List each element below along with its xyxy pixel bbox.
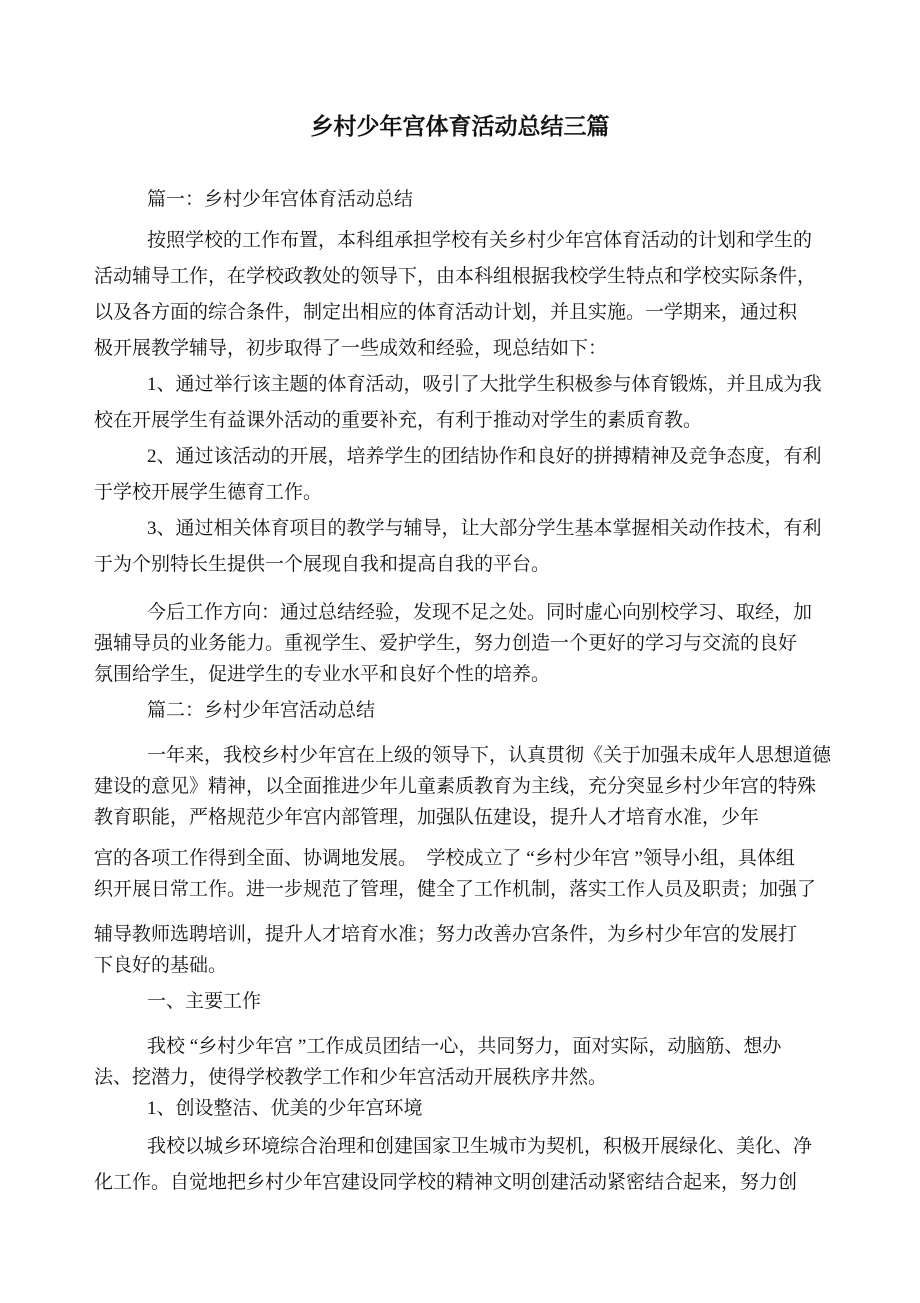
text-line: 我校 “乡村少年宫 ”工作成员团结一心，共同努力，面对实际，动脑筋、想办 (94, 1031, 834, 1062)
text-line: 氛围给学生，促进学生的专业水平和良好个性的培养。 (94, 659, 834, 690)
text-line: 一年来，我校乡村少年宫在上级的领导下，认真贯彻《关于加强未成年人思想道德 (94, 740, 834, 771)
paragraph: 1、通过举行该主题的体育活动，吸引了大批学生积极参与体育锻炼，并且成为我校在开展… (94, 367, 834, 439)
text-line: 3、通过相关体育项目的教学与辅导，让大部分学生基本掌握相关动作技术，有利 (94, 511, 834, 547)
text-line: 教育职能，严格规范少年宫内部管理，加强队伍建设，提升人才培育水准，少年 (94, 802, 834, 833)
document-page: 乡村少年宫体育活动总结三篇 篇一：乡村少年宫体育活动总结按照学校的工作布置，本科… (0, 0, 920, 1303)
document-body: 篇一：乡村少年宫体育活动总结按照学校的工作布置，本科组承担学校有关乡村少年宫体育… (94, 182, 834, 1201)
document-title: 乡村少年宫体育活动总结三篇 (0, 112, 920, 142)
text-line: 今后工作方向：通过总结经验，发现不足之处。同时虚心向别校学习、取经，加 (94, 597, 834, 628)
paragraph: 宫的各项工作得到全面、协调地发展。 学校成立了 “乡村少年宫 ”领导小组，具体组… (94, 843, 834, 905)
paragraph: 2、通过该活动的开展，培养学生的团结协作和良好的拼搏精神及竞争态度，有利于学校开… (94, 439, 834, 511)
paragraph: 我校 “乡村少年宫 ”工作成员团结一心，共同努力，面对实际，动脑筋、想办法、挖潜… (94, 1031, 834, 1093)
text-line: 1、创设整洁、优美的少年宫环境 (94, 1093, 834, 1124)
text-line: 辅导教师选聘培训，提升人才培育水准；努力改善办宫条件，为乡村少年宫的发展打 (94, 919, 834, 950)
text-line: 法、挖潜力，使得学校教学工作和少年宫活动开展秩序井然。 (94, 1062, 834, 1093)
section-heading: 一、主要工作 (94, 986, 834, 1017)
paragraph: 3、通过相关体育项目的教学与辅导，让大部分学生基本掌握相关动作技术，有利于为个别… (94, 511, 834, 583)
text-line: 篇一：乡村少年宫体育活动总结 (94, 182, 834, 218)
text-line: 强辅导员的业务能力。重视学生、爱护学生，努力创造一个更好的学习与交流的良好 (94, 628, 834, 659)
text-line: 活动辅导工作，在学校政教处的领导下，由本科组根据我校学生特点和学校实际条件， (94, 259, 834, 295)
paragraph: 一年来，我校乡村少年宫在上级的领导下，认真贯彻《关于加强未成年人思想道德建设的意… (94, 740, 834, 833)
text-line: 1、通过举行该主题的体育活动，吸引了大批学生积极参与体育锻炼，并且成为我 (94, 367, 834, 403)
text-line: 下良好的基础。 (94, 950, 834, 981)
section-heading: 篇一：乡村少年宫体育活动总结 (94, 182, 834, 218)
text-line: 篇二：乡村少年宫活动总结 (94, 695, 834, 726)
paragraph: 我校以城乡环境综合治理和创建国家卫生城市为契机，积极开展绿化、美化、净化工作。自… (94, 1129, 834, 1201)
text-line: 织开展日常工作。进一步规范了管理，健全了工作机制，落实工作人员及职责；加强了 (94, 874, 834, 905)
section-heading: 篇二：乡村少年宫活动总结 (94, 695, 834, 726)
paragraph: 今后工作方向：通过总结经验，发现不足之处。同时虚心向别校学习、取经，加强辅导员的… (94, 597, 834, 690)
text-line: 校在开展学生有益课外活动的重要补充，有利于推动对学生的素质育教。 (94, 403, 834, 439)
text-line: 于学校开展学生德育工作。 (94, 475, 834, 511)
text-line: 化工作。自觉地把乡村少年宫建设同学校的精神文明创建活动紧密结合起来，努力创 (94, 1165, 834, 1201)
text-line: 一、主要工作 (94, 986, 834, 1017)
section-heading: 1、创设整洁、优美的少年宫环境 (94, 1093, 834, 1124)
text-line: 我校以城乡环境综合治理和创建国家卫生城市为契机，积极开展绿化、美化、净 (94, 1129, 834, 1165)
text-line: 按照学校的工作布置，本科组承担学校有关乡村少年宫体育活动的计划和学生的 (94, 223, 834, 259)
text-line: 2、通过该活动的开展，培养学生的团结协作和良好的拼搏精神及竞争态度，有利 (94, 439, 834, 475)
paragraph: 按照学校的工作布置，本科组承担学校有关乡村少年宫体育活动的计划和学生的活动辅导工… (94, 223, 834, 367)
paragraph: 辅导教师选聘培训，提升人才培育水准；努力改善办宫条件，为乡村少年宫的发展打下良好… (94, 919, 834, 981)
text-line: 极开展教学辅导，初步取得了一些成效和经验，现总结如下： (94, 331, 834, 367)
text-line: 宫的各项工作得到全面、协调地发展。 学校成立了 “乡村少年宫 ”领导小组，具体组 (94, 843, 834, 874)
text-line: 建设的意见》精神，以全面推进少年儿童素质教育为主线，充分突显乡村少年宫的特殊 (94, 771, 834, 802)
text-line: 以及各方面的综合条件，制定出相应的体育活动计划，并且实施。一学期来，通过积 (94, 295, 834, 331)
text-line: 于为个别特长生提供一个展现自我和提高自我的平台。 (94, 547, 834, 583)
